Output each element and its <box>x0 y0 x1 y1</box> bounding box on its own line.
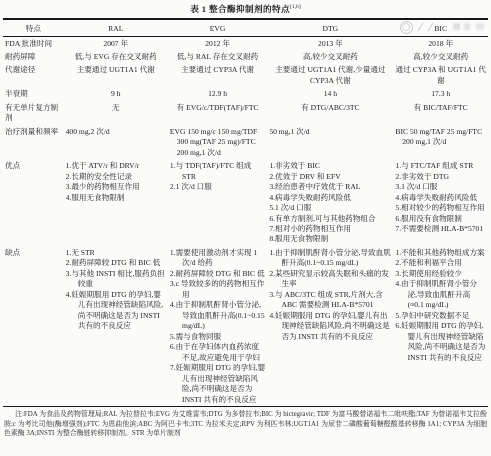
table-cell: BIC 50 mg/TAF 25 mg/FTC 200 mg,1 次/d <box>393 125 488 159</box>
table-title-text: 表 1 整合酶抑制剂的特点 <box>190 4 290 14</box>
list-item: 2.1 次/d 口服 <box>170 182 265 192</box>
list-item: 2.耐药屏障较 DTG 和 BIC 低 <box>66 258 166 268</box>
column-header: BIC <box>393 19 488 37</box>
row-label: 代谢途径 <box>3 64 64 88</box>
list-item: 7.不需要检测 HLA-B*5701 <box>395 224 486 234</box>
table-cell: 主要通过 CYP3A 代谢 <box>168 64 267 88</box>
list-item: 6.有单方制剂,可与其他药物组合 <box>269 214 391 224</box>
table-cell: 12.9 h <box>168 88 267 101</box>
column-header: RAL <box>64 19 168 37</box>
table-cell: 2013 年 <box>267 37 393 51</box>
list-item: 6.由于在孕妇体内血药浓度不足,故应避免用于孕妇 <box>170 342 265 363</box>
table-row: 耐药屏障低,与 EVG 存在交叉耐药低,与 RAL 存在交叉耐药高,较少交叉耐药… <box>3 50 488 63</box>
list-item: 1.与 FTC/TAF 组成 STR <box>395 161 486 171</box>
table-cell: 1.非劣效于 BIC2.优效于 DRV 和 EFV3.经治患者中疗效优于 RAL… <box>267 160 393 247</box>
table-cell: 1.优于 ATV/r 和 DRV/r2.长期的安全性记录3.最少的药物相互作用4… <box>64 160 168 247</box>
table-cell: 9 h <box>64 88 168 101</box>
list-item: 7.相对小的药物相互作用 <box>269 224 391 234</box>
list-item: 1.由于抑制肌酐肾小管分泌,导致血肌酐升高(0.1~0.15 mg/dL) <box>269 248 391 269</box>
column-header-label: EVG <box>210 24 226 33</box>
footnote: 注:FDA 为食品及药物管理局;RAL 为拉替拉韦;EVG 为艾维雷韦;DTG … <box>3 410 488 438</box>
column-header: DTG <box>267 19 393 37</box>
table-cell: 高,较少交叉耐药 <box>393 50 488 63</box>
table-row: 半衰期9 h12.9 h14 h17.3 h <box>3 88 488 101</box>
paper-table-figure: 表 1 整合酶抑制剂的特点[1,6] 特点RALEVGDTGBIC FDA 批准… <box>0 0 491 439</box>
cell-text: 400 mg,2 次/d <box>66 127 166 137</box>
list-item: 5.相对较少的药物相互作用 <box>395 203 486 213</box>
table-cell: 1.与 TDF(TAF)/FTC 组成 STR2.1 次/d 口服 <box>168 160 267 247</box>
row-label: 半衰期 <box>3 88 64 101</box>
cell-text: BIC 50 mg/TAF 25 mg/FTC 200 mg,1 次/d <box>395 127 486 148</box>
table-cell: 高,较少交叉耐药 <box>267 50 393 63</box>
list-item: 1.不能和其他药物组成方案 <box>395 248 486 258</box>
list-item: 2.非劣效于 DTG <box>395 172 486 182</box>
table-cell: 低,与 RAL 存在交叉耐药 <box>168 50 267 63</box>
table-row: 有无单片复方制剂无有 EVG/c/TDF(TAF)/FTC有 DTG/ABC/3… <box>3 101 488 125</box>
table-cell: 2018 年 <box>393 37 488 51</box>
list-item: 1.无 STR <box>66 248 166 258</box>
list-item: 3.1 次/d 口服 <box>395 182 486 192</box>
title-citation: [1,6] <box>290 4 301 10</box>
table-row: 治疗剂量和频率400 mg,2 次/dEVG 150 mg/c 150 mg/T… <box>3 125 488 159</box>
list-item: 3.c 导致较多的的药物相互作用 <box>170 279 265 300</box>
table-title: 表 1 整合酶抑制剂的特点[1,6] <box>3 2 488 18</box>
list-item: 4.妊娠期服用 DTG 的孕妇,婴儿有出现神经管缺陷风险,尚不明确这是否为 IN… <box>269 311 391 342</box>
table-cell: EVG 150 mg/c 150 mg/TDF 300 mg(TAF 25 mg… <box>168 125 267 159</box>
table-cell: 有 EVG/c/TDF(TAF)/FTC <box>168 101 267 125</box>
list-item: 2.耐药屏障较 DTG 和 BIC 低 <box>170 269 265 279</box>
list-item: 4.由于抑制肌酐肾小管分泌,导致血肌酐升高(0.1~0.15 mg/dL) <box>170 300 265 331</box>
table-cell: 低,与 EVG 存在交叉耐药 <box>64 50 168 63</box>
list-item: 1.优于 ATV/r 和 DRV/r <box>66 161 166 171</box>
table-row: 优点1.优于 ATV/r 和 DRV/r2.长期的安全性记录3.最少的药物相互作… <box>3 160 488 247</box>
row-label: 耐药屏障 <box>3 50 64 63</box>
table-cell: 400 mg,2 次/d <box>64 125 168 159</box>
row-label: 治疗剂量和频率 <box>3 125 64 159</box>
list-item: 4.由于抑制肌酐肾小管分泌,导致血肌酐升高(≈0.1 mg/dL) <box>395 279 486 310</box>
column-header-label: RAL <box>108 24 123 33</box>
table-cell: 17.3 h <box>393 88 488 101</box>
row-label: 有无单片复方制剂 <box>3 101 64 125</box>
table-cell: 14 h <box>267 88 393 101</box>
table-cell: 1.无 STR2.耐药屏障较 DTG 和 BIC 低3.与其他 INSTI 相比… <box>64 246 168 407</box>
list-item: 2.优效于 DRV 和 EFV <box>269 172 391 182</box>
list-item: 7.妊娠期服用 DTG 的孕妇,婴儿有出现神经管缺陷风险,尚不明确这是否为 IN… <box>170 363 265 405</box>
list-item: 5.需与食物同服 <box>170 332 265 342</box>
table-cell: 2012 年 <box>168 37 267 51</box>
list-item: 4.病毒学失败耐药风险低 <box>269 193 391 203</box>
list-item: 3.与其他 INSTI 相比,服药负担较重 <box>66 269 166 290</box>
list-item: 3.长期使用经验较少 <box>395 269 486 279</box>
table-cell: 2007 年 <box>64 37 168 51</box>
column-header-label: BIC <box>434 24 447 33</box>
row-label: 优点 <box>3 160 64 247</box>
list-item: 4.病毒学失败耐药风险低 <box>395 193 486 203</box>
cell-text: 50 mg,1 次/d <box>269 127 391 137</box>
table-cell: 主要通过 UGT1A1 代谢 <box>64 64 168 88</box>
table-cell: 50 mg,1 次/d <box>267 125 393 159</box>
header-row: 特点RALEVGDTGBIC <box>3 19 488 37</box>
table-cell: 有 DTG/ABC/3TC <box>267 101 393 125</box>
list-item: 1.非劣效于 BIC <box>269 161 391 171</box>
column-header-label: 特点 <box>26 24 41 33</box>
column-header: EVG <box>168 19 267 37</box>
table-body: FDA 批准时间2007 年2012 年2013 年2018 年耐药屏障低,与 … <box>3 37 488 407</box>
list-item: 1.需要使用激动剂才实现 1 次/d 给药 <box>170 248 265 269</box>
list-item: 5.孕妇中研究数据不足 <box>395 311 486 321</box>
list-item: 8.服用无食物限制 <box>269 234 391 244</box>
list-item: 3.最少的药物相互作用 <box>66 182 166 192</box>
insti-comparison-table: 特点RALEVGDTGBIC FDA 批准时间2007 年2012 年2013 … <box>3 18 488 407</box>
list-item: 2.不能和利福平合用 <box>395 258 486 268</box>
table-cell: 1.由于抑制肌酐肾小管分泌,导致血肌酐升高(0.1~0.15 mg/dL)2.某… <box>267 246 393 407</box>
table-cell: 主要通过 UGT1A1 代谢,少量通过 CYP3A 代谢 <box>267 64 393 88</box>
list-item: 2.某些研究显示较高失眠和头痛的发生率 <box>269 269 391 290</box>
list-item: 2.长期的安全性记录 <box>66 172 166 182</box>
list-item: 6.服用没有食物限制 <box>395 214 486 224</box>
list-item: 3.与 ABC/3TC 组成 STR,片剂大,含 ABC 需要检测 HLA-B*… <box>269 290 391 311</box>
cell-text: EVG 150 mg/c 150 mg/TDF 300 mg(TAF 25 mg… <box>170 127 265 158</box>
list-item: 6.妊娠期服用 DTG 的孕妇,婴儿有出现神经管缺陷风险,尚不明确这是否为 IN… <box>395 321 486 363</box>
table-cell: 无 <box>64 101 168 125</box>
table-cell: 有 BIC/TAF/FTC <box>393 101 488 125</box>
list-item: 3.经治患者中疗效优于 RAL <box>269 182 391 192</box>
table-cell: 1.不能和其他药物组成方案2.不能和利福平合用3.长期使用经验较少4.由于抑制肌… <box>393 246 488 407</box>
list-item: 5.1 次/d 口服 <box>269 203 391 213</box>
table-row: FDA 批准时间2007 年2012 年2013 年2018 年 <box>3 37 488 51</box>
table-row: 代谢途径主要通过 UGT1A1 代谢主要通过 CYP3A 代谢主要通过 UGT1… <box>3 64 488 88</box>
column-header: 特点 <box>3 19 64 37</box>
list-item: 4.服用无食物限制 <box>66 193 166 203</box>
table-row: 缺点1.无 STR2.耐药屏障较 DTG 和 BIC 低3.与其他 INSTI … <box>3 246 488 407</box>
table-cell: 1.需要使用激动剂才实现 1 次/d 给药2.耐药屏障较 DTG 和 BIC 低… <box>168 246 267 407</box>
column-header-label: DTG <box>323 24 339 33</box>
table-cell: 通过 CYP3A 和 UGT1A1 代谢 <box>393 64 488 88</box>
table-cell: 1.与 FTC/TAF 组成 STR2.非劣效于 DTG3.1 次/d 口服4.… <box>393 160 488 247</box>
list-item: 4.妊娠期服用 DTG 的孕妇,婴儿有出现神经管缺陷风险,尚不明确这是否为 IN… <box>66 290 166 332</box>
row-label: FDA 批准时间 <box>3 37 64 51</box>
row-label: 缺点 <box>3 246 64 407</box>
list-item: 1.与 TDF(TAF)/FTC 组成 STR <box>170 161 265 182</box>
